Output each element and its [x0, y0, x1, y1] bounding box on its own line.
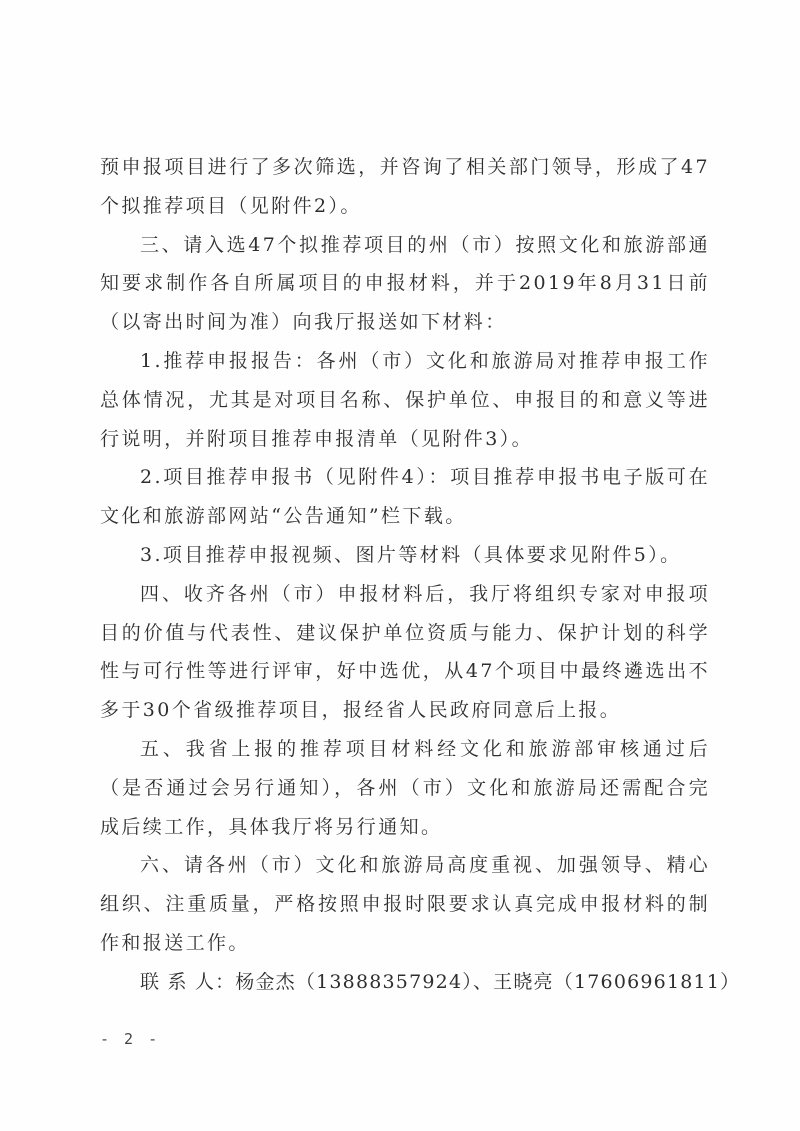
- paragraph-item-2: 2.项目推荐申报书（见附件4）：项目推荐申报书电子版可在文化和旅游部网站“公告通…: [100, 458, 710, 536]
- contact-line: 联 系 人：杨金杰（13888357924）、王晓亮（17606961811）: [100, 963, 710, 1002]
- paragraph-section-3: 三、请入选47个拟推荐项目的州（市）按照文化和旅游部通知要求制作各自所属项目的申…: [100, 226, 710, 342]
- paragraph-continuation: 预申报项目进行了多次筛选，并咨询了相关部门领导，形成了47个拟推荐项目（见附件2…: [100, 148, 710, 226]
- paragraph-item-3: 3.项目推荐申报视频、图片等材料（具体要求见附件5）。: [100, 536, 710, 575]
- paragraph-section-4: 四、收齐各州（市）申报材料后，我厅将组织专家对申报项目的价值与代表性、建议保护单…: [100, 575, 710, 730]
- paragraph-section-6: 六、请各州（市）文化和旅游局高度重视、加强领导、精心组织、注重质量，严格按照申报…: [100, 846, 710, 962]
- paragraph-section-5: 五、我省上报的推荐项目材料经文化和旅游部审核通过后（是否通过会另行通知），各州（…: [100, 730, 710, 846]
- document-page: 预申报项目进行了多次筛选，并咨询了相关部门领导，形成了47个拟推荐项目（见附件2…: [0, 0, 800, 1131]
- document-body: 预申报项目进行了多次筛选，并咨询了相关部门领导，形成了47个拟推荐项目（见附件2…: [100, 148, 710, 1002]
- page-number: - 2 -: [100, 1030, 160, 1048]
- paragraph-item-1: 1.推荐申报报告：各州（市）文化和旅游局对推荐申报工作总体情况，尤其是对项目名称…: [100, 342, 710, 458]
